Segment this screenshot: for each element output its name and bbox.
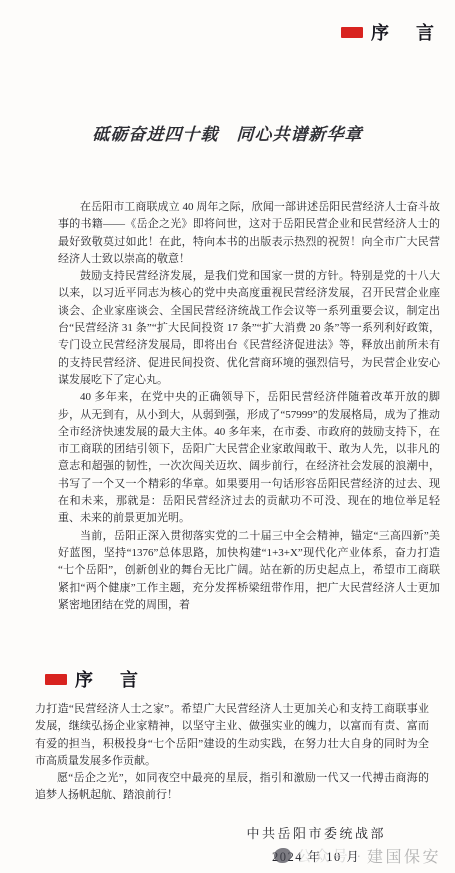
body-paragraph-continuation: 力打造“民营经济人士之家”。希望广大民营经济人士更加关心和支持工商联事业发展，继… bbox=[35, 701, 429, 770]
signature-inner: 中共岳阳市委统战部 2024 年 10 月 bbox=[246, 823, 386, 865]
page2-body: 力打造“民营经济人士之家”。希望广大民营经济人士更加关心和支持工商联事业发展，继… bbox=[35, 701, 429, 866]
section-header-page2: 序 言 bbox=[45, 666, 149, 692]
page1-body: 在岳阳市工商联成立 40 周年之际，欣闻一部讲述岳阳民营经济人士奋斗故事的书籍—… bbox=[58, 199, 440, 614]
body-paragraph: 鼓励支持民营经济发展，是我们党和国家一贯的方针。特别是党的十八大以来，以习近平同… bbox=[58, 268, 440, 389]
signature-date: 2024 年 10 月 bbox=[246, 847, 386, 865]
body-paragraph: 在岳阳市工商联成立 40 周年之际，欣闻一部讲述岳阳民营经济人士奋斗故事的书籍—… bbox=[58, 199, 440, 268]
signature-org: 中共岳阳市委统战部 bbox=[246, 823, 386, 842]
body-paragraph: 当前，岳阳正深入贯彻落实党的二十届三中全会精神，锚定“三高四新”美好蓝图，坚持“… bbox=[58, 528, 440, 614]
red-square-icon bbox=[45, 674, 67, 685]
section-header-label: 序 言 bbox=[371, 19, 445, 45]
section-header-label: 序 言 bbox=[75, 666, 149, 692]
preface-title: 砥砺奋进四十载 同心共谱新华章 bbox=[0, 120, 455, 145]
section-header-page1: 序 言 bbox=[341, 19, 445, 45]
red-square-icon bbox=[341, 27, 363, 38]
signature-block: 中共岳阳市委统战部 2024 年 10 月 bbox=[35, 823, 429, 866]
body-paragraph: 愿“岳企之光”，如同夜空中最亮的星辰，指引和激励一代又一代搏击商海的追梦人扬帆起… bbox=[35, 770, 429, 805]
preface-scan-page: 序 言 砥砺奋进四十载 同心共谱新华章 在岳阳市工商联成立 40 周年之际，欣闻… bbox=[0, 0, 455, 873]
body-paragraph: 40 多年来，在党中央的正确领导下，岳阳民营经济伴随着改革开放的脚步，从无到有，… bbox=[58, 389, 440, 527]
